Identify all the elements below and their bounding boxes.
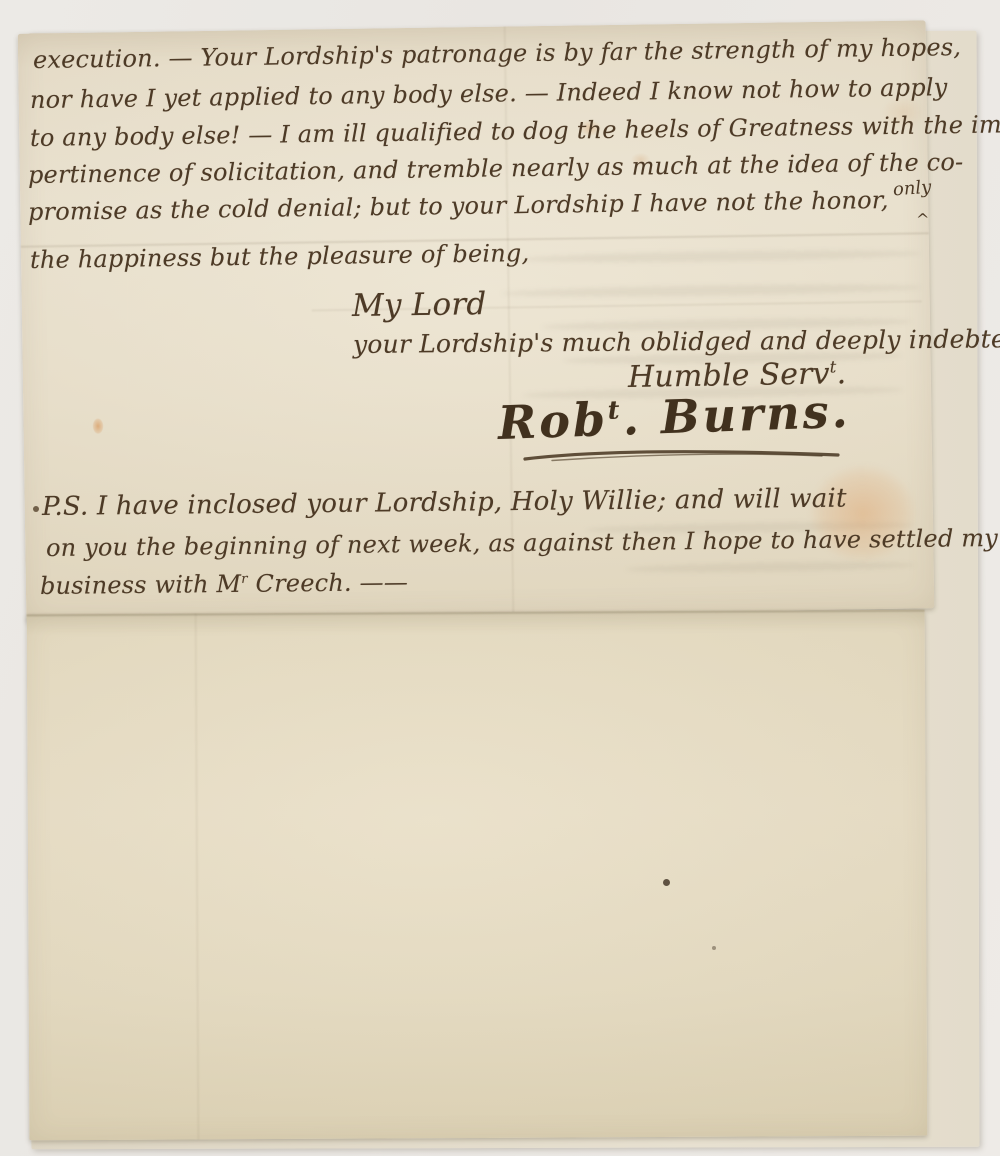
- postscript-text: business with M: [40, 570, 242, 600]
- letter-line: nor have I yet applied to any body else.…: [30, 73, 948, 114]
- postscript-line: P.S. I have inclosed your Lordship, Holy…: [42, 484, 847, 522]
- closing-salutation: My Lord: [352, 286, 487, 324]
- postscript-line: on you the beginning of next week, as ag…: [46, 524, 998, 562]
- letter-line: the happiness but the pleasure of being,: [30, 239, 530, 274]
- closing-line: your Lordship's much oblidged and deeply…: [353, 324, 1000, 359]
- caret-mark: ^: [916, 210, 929, 229]
- ink-spot: [33, 506, 39, 512]
- superscript-letter: t: [607, 394, 623, 424]
- signature-flourish: [522, 446, 842, 466]
- letter-line: to any body else! — I am ill qualified t…: [30, 110, 1000, 152]
- letter-line: pertinence of solicitation, and tremble …: [28, 148, 964, 189]
- postscript-text: Creech. ——: [248, 568, 409, 598]
- signature-robert-burns: Robt. Burns.: [497, 384, 851, 450]
- signature-text: . Burns.: [622, 384, 852, 446]
- interlinear-insertion-word: only: [892, 177, 932, 201]
- scanned-letter-page: execution. — Your Lordship's patronage i…: [0, 0, 1000, 1156]
- postscript-line: business with Mr Creech. ——: [40, 568, 408, 600]
- letter-line: promise as the cold denial; but to your …: [28, 186, 889, 226]
- handwritten-text-layer: execution. — Your Lordship's patronage i…: [0, 0, 1000, 1156]
- letter-line: execution. — Your Lordship's patronage i…: [33, 33, 962, 74]
- signature-text: Rob: [497, 392, 609, 450]
